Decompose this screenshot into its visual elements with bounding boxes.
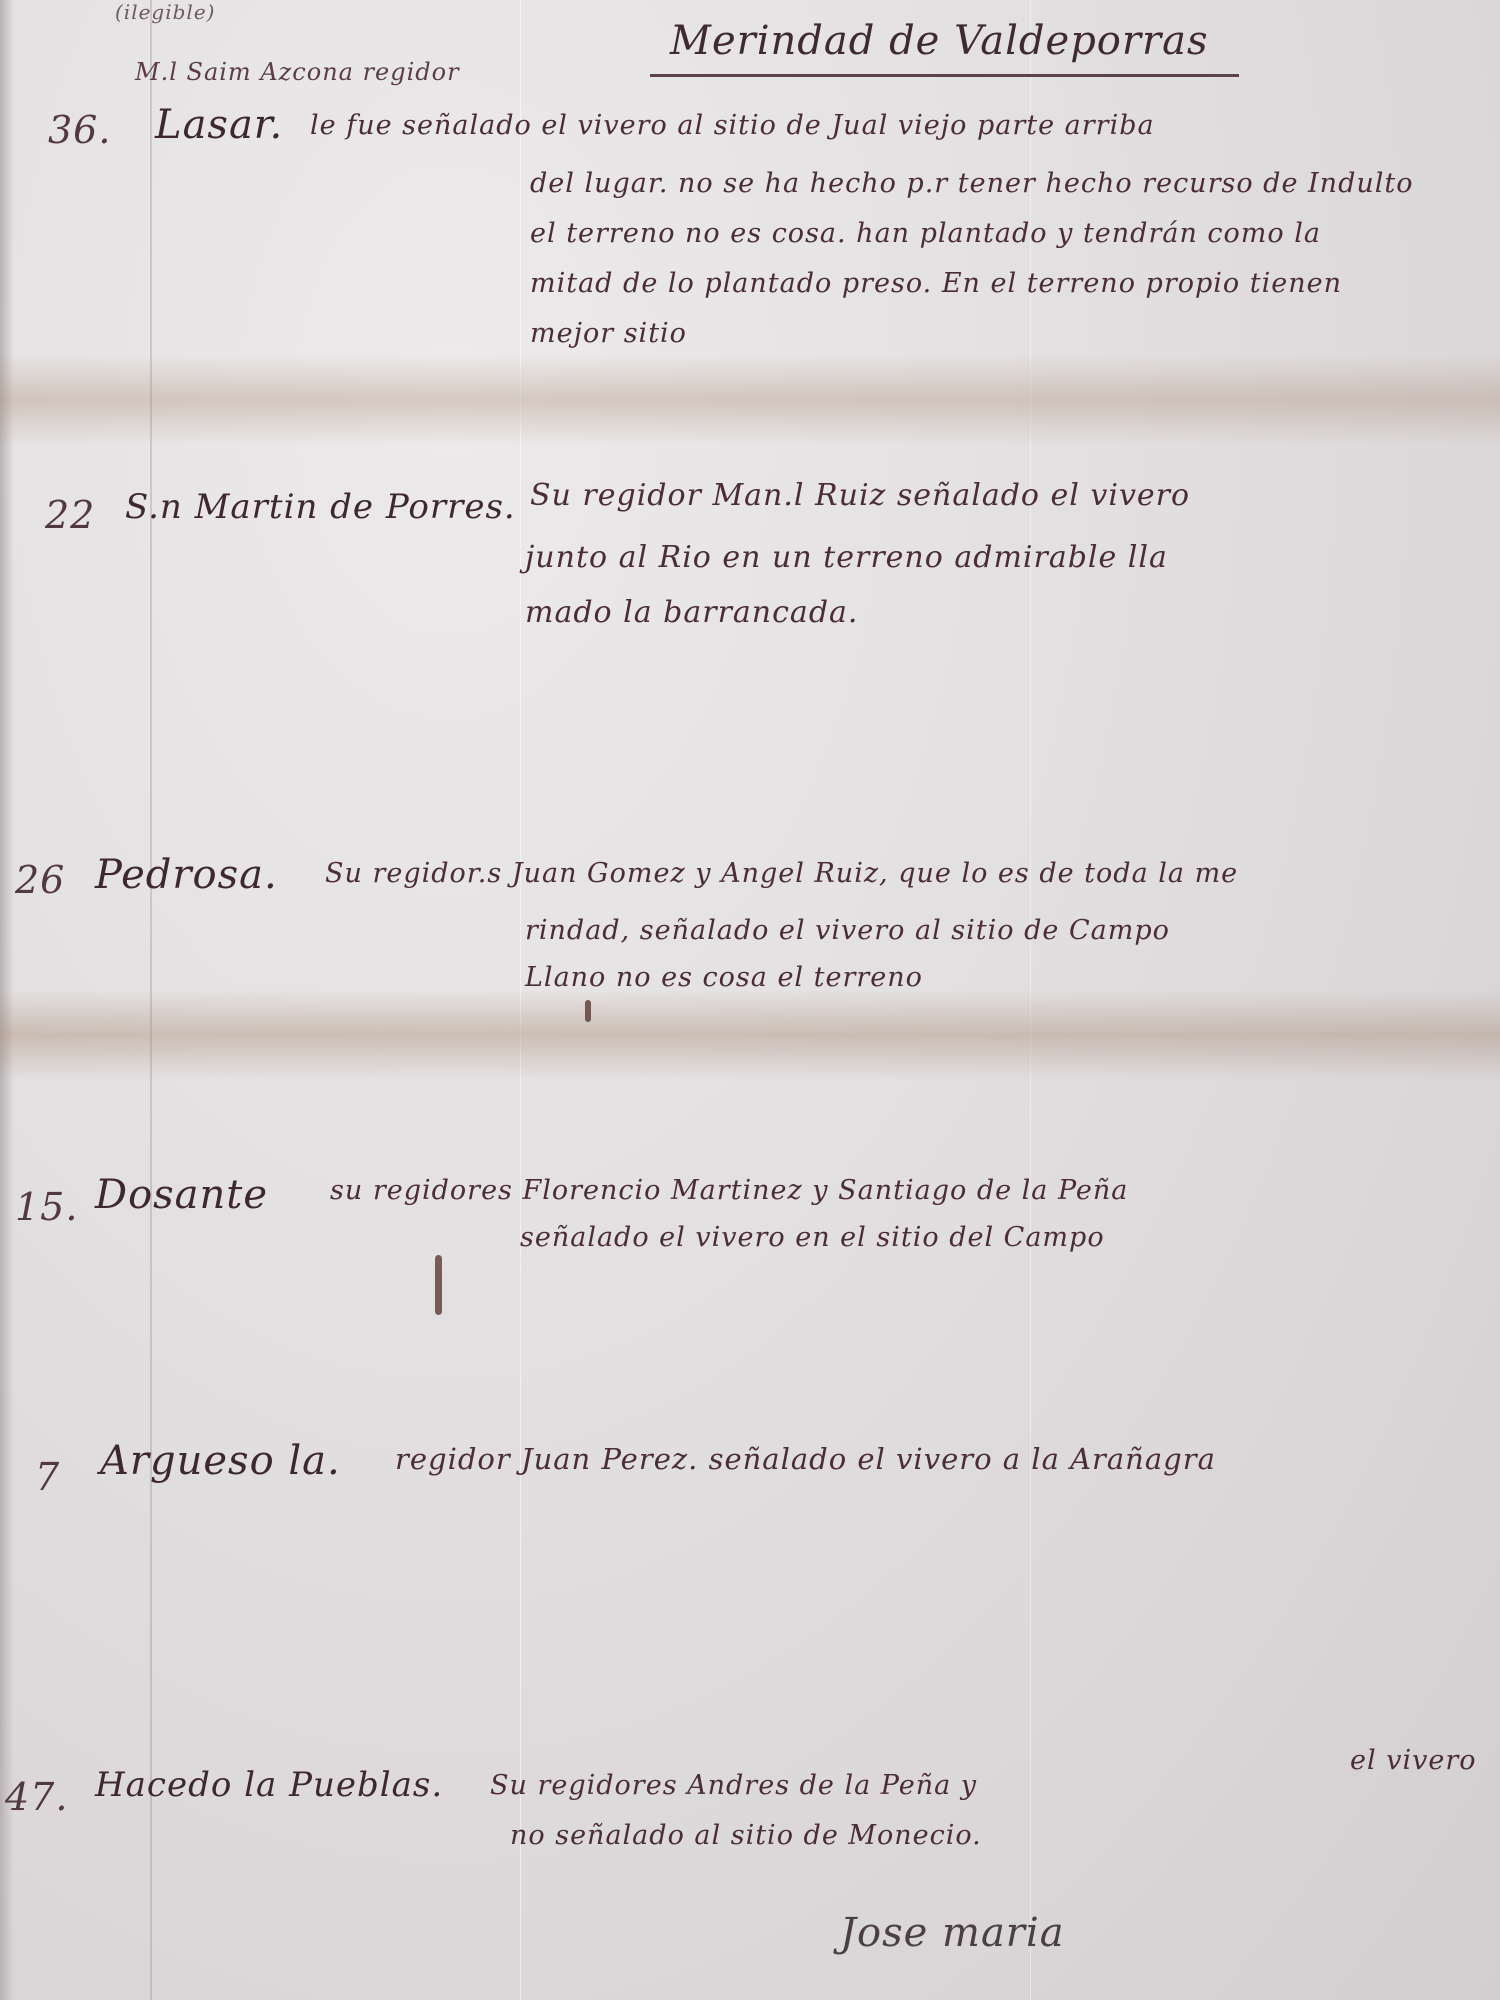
entry-place: Hacedo la Pueblas. (95, 1765, 443, 1805)
entry-line: mitad de lo plantado preso. En el terren… (530, 268, 1342, 299)
document-title: Merindad de Valdeporras (650, 18, 1239, 77)
entry-line: le fue señalado el vivero al sitio de Ju… (310, 110, 1155, 141)
entry-place: Lasar. (155, 102, 283, 148)
entry-line: su regidores Florencio Martinez y Santia… (330, 1175, 1128, 1206)
page-left-edge (0, 0, 14, 2000)
entry-line: del lugar. no se ha hecho p.r tener hech… (530, 168, 1414, 199)
fold-line (150, 0, 152, 2000)
entry-line: señalado el vivero en el sitio del Campo (520, 1222, 1105, 1253)
entry-number: 36. (48, 108, 111, 152)
entry-line: junto al Rio en un terreno admirable lla (525, 540, 1168, 575)
entry-place: S.n Martin de Porres. (125, 487, 516, 527)
signature: Jose maria (840, 1910, 1065, 1956)
entry-place: Argueso la. (100, 1438, 341, 1484)
fold-line (520, 0, 521, 2000)
entry-line: el terreno no es cosa. han plantado y te… (530, 218, 1321, 249)
fold-line (1030, 0, 1031, 2000)
entry-line: Su regidor.s Juan Gomez y Angel Ruiz, qu… (325, 858, 1238, 889)
fold-stain (0, 355, 1500, 445)
entry-number: 15. (15, 1185, 78, 1229)
fold-stain (0, 990, 1500, 1080)
entry-line: mado la barrancada. (525, 595, 858, 630)
ink-blot (435, 1255, 442, 1315)
entry-line: Llano no es cosa el terreno (525, 962, 923, 993)
regidor-note: M.l Saim Azcona regidor (135, 58, 460, 86)
entry-line: mejor sitio (530, 318, 687, 349)
entry-line: el vivero (1350, 1745, 1476, 1776)
entry-place: Pedrosa. (95, 852, 278, 898)
entry-number: 47. (5, 1775, 68, 1819)
ink-blot (585, 1000, 591, 1022)
manuscript-page: (ilegible) Merindad de Valdeporras M.l S… (0, 0, 1500, 2000)
entry-line: Su regidores Andres de la Peña y (490, 1770, 977, 1801)
entry-number: 22 (45, 493, 95, 537)
entry-line: rindad, señalado el vivero al sitio de C… (525, 915, 1170, 946)
corner-note: (ilegible) (115, 0, 215, 24)
entry-number: 7 (35, 1455, 60, 1499)
entry-number: 26 (15, 858, 65, 902)
entry-line: Su regidor Man.l Ruiz señalado el vivero (530, 478, 1190, 513)
entry-place: Dosante (95, 1172, 268, 1218)
entry-line: no señalado al sitio de Monecio. (510, 1820, 982, 1851)
entry-line: regidor Juan Perez. señalado el vivero a… (395, 1442, 1216, 1476)
